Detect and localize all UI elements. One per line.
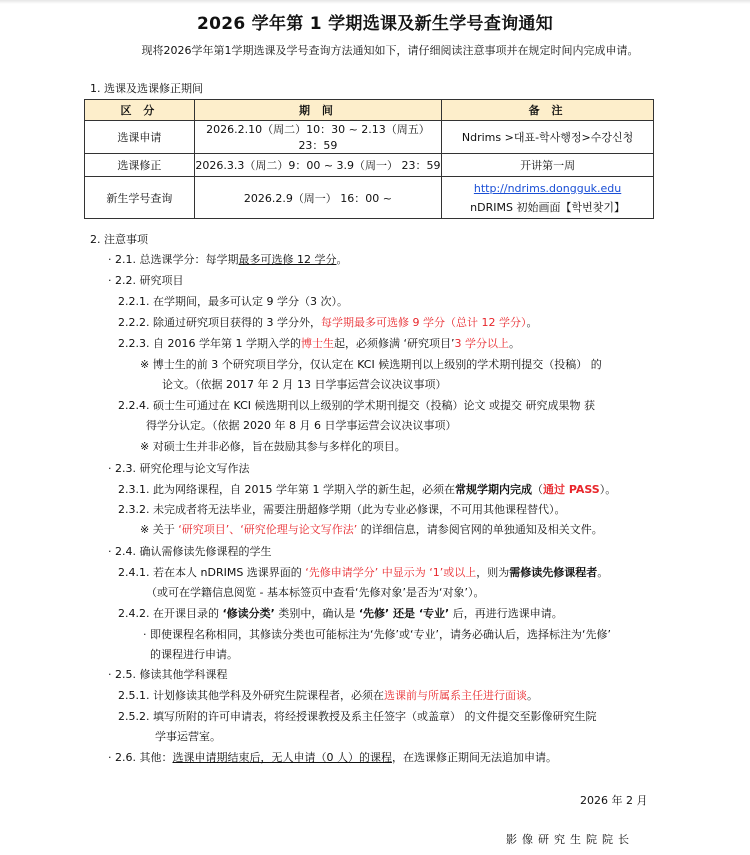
- item-2-3-1: 2.3.1. 此为网络课程，自 2015 学年第 1 学期入学的新生起，必须在常…: [118, 483, 616, 497]
- ndrims-note: nDRIMS 初始画面【학번찾기】: [442, 198, 653, 217]
- item-2-3-2: 2.3.2. 未完成者将无法毕业，需要注册超修学期（此为专业必修课，不可用其他课…: [118, 503, 566, 517]
- ndrims-link[interactable]: http://ndrims.dongguk.edu: [442, 179, 653, 198]
- item-2-6: · 2.6. 其他：选课申请期结束后，无人申请（0 人）的课程，在选课修正期间无…: [108, 751, 557, 765]
- item-2-2-1: 2.2.1. 在学期间，最多可认定 9 学分（3 次）。: [118, 295, 348, 309]
- cell-note: http://ndrims.dongguk.edu nDRIMS 初始画面【학번…: [442, 177, 654, 219]
- header-note: 备 注: [442, 100, 654, 121]
- item-2-4-1: 2.4.1. 若在本人 nDRIMS 选课界面的 ‘先修申请学分’ 中显示为 ‘…: [118, 566, 608, 580]
- item-2-2-2: 2.2.2. 除通过研究项目获得的 3 学分外，每学期最多可选修 9 学分（总计…: [118, 316, 537, 330]
- intro-paragraph: 现将2026学年第1学期选课及学号查询方法通知如下，请仔细阅读注意事项并在规定时…: [0, 42, 750, 58]
- cell-note: 开讲第一周: [442, 154, 654, 177]
- cell-period: 2026.2.9（周一） 16：00 ~: [194, 177, 441, 219]
- item-2-2: · 2.2. 研究项目: [108, 274, 183, 288]
- section1-heading: 1. 选课及选课修正期间: [90, 82, 203, 96]
- table-row: 选课申请 2026.2.10（周二）10：30 ~ 2.13（周五） 23：59…: [85, 121, 654, 154]
- table-row: 选课修正 2026.3.3（周二）9：00 ~ 3.9（周一） 23：59 开讲…: [85, 154, 654, 177]
- footer-signature: 影像研究生院院长: [506, 833, 634, 847]
- note-master: ※ 对硕士生并非必修，旨在鼓励其参与多样化的项目。: [140, 440, 406, 454]
- item-2-5-2: 2.5.2. 填写所附的许可申请表，将经授课教授及系主任签字（或盖章） 的文件提…: [118, 710, 597, 724]
- table-header-row: 区 分 期 间 备 注: [85, 100, 654, 121]
- note-phd-line1: ※ 博士生的前 3 个研究项目学分，仅认定在 KCI 候选期刊以上级别的学术期刊…: [140, 358, 602, 372]
- page-top-edge: [0, 0, 750, 4]
- section2-heading: 2. 注意事项: [90, 233, 148, 247]
- cell-period: 2026.3.3（周二）9：00 ~ 3.9（周一） 23：59: [194, 154, 441, 177]
- cell-category: 选课修正: [85, 154, 195, 177]
- schedule-table: 区 分 期 间 备 注 选课申请 2026.2.10（周二）10：30 ~ 2.…: [84, 99, 654, 219]
- document-title: 2026 学年第 1 学期选课及新生学号查询通知: [0, 9, 750, 34]
- item-2-5-1: 2.5.1. 计划修读其他学科及外研究生院课程者，必须在选课前与所属系主任进行面…: [118, 689, 538, 703]
- cell-category: 新生学号查询: [85, 177, 195, 219]
- note-prereq-line2: 的课程进行申请。: [150, 648, 238, 662]
- item-2-5-2-line2: 学事运营室。: [155, 730, 221, 744]
- header-category: 区 分: [85, 100, 195, 121]
- item-2-4: · 2.4. 确认需修读先修课程的学生: [108, 545, 271, 559]
- footer-date: 2026 年 2 月: [580, 794, 647, 808]
- note-ethics: ※ 关于 ‘研究项目’、‘研究伦理与论文写作法’ 的详细信息，请参阅官网的单独通…: [140, 523, 603, 537]
- note-phd-line2: 论文。（依据 2017 年 2 月 13 日学事运营会议决议事项）: [162, 378, 446, 392]
- item-2-4-2: 2.4.2. 在开课目录的 ‘修读分类’ 类别中，确认是 ‘先修’ 还是 ‘专业…: [118, 607, 563, 621]
- item-2-2-4: 2.2.4. 硕士生可通过在 KCI 候选期刊以上级别的学术期刊提交（投稿）论文…: [118, 399, 595, 413]
- item-2-4-1-line2: （或可在学籍信息阅览 - 基本标签页中查看‘先修对象’是否为‘对象’）。: [146, 586, 484, 600]
- item-2-2-4-line2: 得学分认定。（依据 2020 年 8 月 6 日学事运营会议决议事项）: [146, 419, 456, 433]
- note-prereq-line1: · 即使课程名称相同，其修读分类也可能标注为‘先修’或‘专业’，请务必确认后，选…: [143, 628, 611, 642]
- item-2-1: · 2.1. 总选课学分：每学期最多可选修 12 学分。: [108, 253, 347, 267]
- item-2-2-3: 2.2.3. 自 2016 学年第 1 学期入学的博士生起，必须修满 ‘研究项目…: [118, 337, 520, 351]
- table-row: 新生学号查询 2026.2.9（周一） 16：00 ~ http://ndrim…: [85, 177, 654, 219]
- item-2-5: · 2.5. 修读其他学科课程: [108, 668, 227, 682]
- header-period: 期 间: [194, 100, 441, 121]
- item-2-3: · 2.3. 研究伦理与论文写作法: [108, 462, 249, 476]
- cell-category: 选课申请: [85, 121, 195, 154]
- cell-note: Ndrims >대표-학사행정>수강신청: [442, 121, 654, 154]
- cell-period: 2026.2.10（周二）10：30 ~ 2.13（周五） 23：59: [194, 121, 441, 154]
